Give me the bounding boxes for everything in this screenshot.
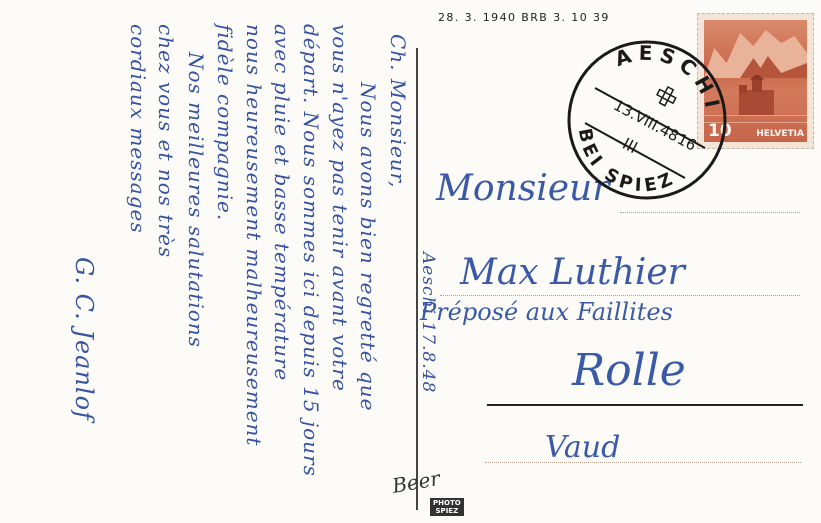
message-line: chez vous et nos très <box>154 24 178 258</box>
badge-line-1: PHOTO <box>433 499 461 507</box>
swiss-cross-icon <box>654 84 678 108</box>
address-canton: Vaud <box>545 430 620 465</box>
stamp-country: HELVETIA <box>756 129 804 139</box>
message-line: avec pluie et basse température <box>270 24 294 381</box>
address-title: Préposé aux Faillites <box>420 298 673 326</box>
address-name: Max Luthier <box>460 252 685 293</box>
message-line: vous n'ayez pas tenir avant votre <box>328 24 352 392</box>
message-line: Nous avons bien regretté que <box>356 82 380 411</box>
postcard-back: 28. 3. 1940 BRB 3. 10 39 Ch. Monsieur, N… <box>0 0 821 523</box>
postmark-series: III <box>619 134 640 157</box>
address-town: Rolle <box>572 345 686 396</box>
printed-header: 28. 3. 1940 BRB 3. 10 39 <box>438 11 610 24</box>
message-line: fidèle compagnie. <box>213 24 237 221</box>
message-line: départ. Nous sommes ici depuis 15 jours <box>299 24 323 477</box>
badge-line-2: SPIEZ <box>433 507 461 515</box>
signature: G. C. Jeanlof <box>70 257 98 421</box>
message-line: nous heureusement malheureusement <box>242 24 266 446</box>
message-line: Ch. Monsieur, <box>386 34 410 188</box>
message-line: cordiaux messages <box>126 24 150 234</box>
address-line-3 <box>487 404 803 406</box>
address-line-1 <box>620 212 800 213</box>
postmark-date: 13.VIII.48 <box>611 96 682 145</box>
address-line-2 <box>440 295 800 296</box>
castle-icon <box>734 75 784 115</box>
publisher-badge: PHOTO SPIEZ <box>430 498 464 516</box>
address-line-4 <box>485 462 801 463</box>
handwritten-message: Ch. Monsieur, Nous avons bien regretté q… <box>18 12 398 512</box>
message-line: Nos meilleures salutations <box>184 52 208 348</box>
postmark-cancellation: AESCHI BEI SPIEZ 13.VIII.48 16 III <box>565 38 730 203</box>
